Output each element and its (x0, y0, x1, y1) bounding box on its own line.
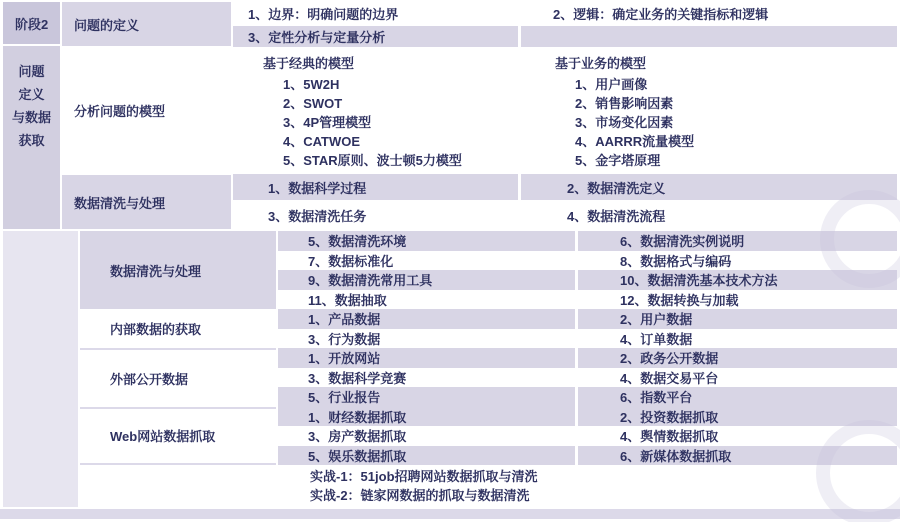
top-section: 阶段2 问题 定义 与数据 获取 问题的定义 分析问题的模型 数据清洗与处理 1… (0, 0, 900, 229)
practice-line: 实战-2：链家网数据的抓取与数据清洗 (310, 486, 900, 505)
outline-item: 3、数据清洗任务 (233, 202, 518, 228)
top-content: 1、边界：明确问题的边界 2、逻辑：确定业务的关键指标和逻辑 3、定性分析与定量… (233, 2, 900, 229)
outline-row: 7、数据标准化 8、数据格式与编码 (276, 251, 900, 271)
phase-line: 获取 (3, 129, 60, 152)
outline-item: 1、边界：明确问题的边界 (233, 2, 518, 24)
outline-item: 7、数据标准化 (278, 251, 575, 271)
category-column-top: 问题的定义 分析问题的模型 数据清洗与处理 (62, 2, 231, 229)
outline-item: 1、产品数据 (278, 309, 575, 329)
stage-rail: 阶段2 问题 定义 与数据 获取 (3, 2, 60, 229)
outline-row: 1、开放网站 2、政务公开数据 (276, 348, 900, 368)
outline-item: 3、行为数据 (278, 329, 575, 349)
outline-item: 4、舆情数据抓取 (578, 426, 897, 446)
model-list-item: 1、5W2H (263, 75, 518, 94)
stage-badge: 阶段2 (3, 2, 60, 44)
phase-line: 问题 (3, 60, 60, 83)
outline-item: 5、行业报告 (278, 387, 575, 407)
category-data-cleaning-top: 数据清洗与处理 (62, 175, 231, 229)
category-internal-data: 内部数据的获取 (80, 309, 276, 348)
outline-row: 3、房产数据抓取 4、舆情数据抓取 (276, 426, 900, 446)
category-label: 内部数据的获取 (110, 319, 201, 338)
outline-item: 9、数据清洗常用工具 (278, 270, 575, 290)
outline-item: 1、数据科学过程 (233, 174, 518, 200)
section-external-data: 外部公开数据 1、开放网站 2、政务公开数据 3、数据科学竞赛 4、数据交易平台… (80, 348, 900, 407)
model-list-item: 2、销售影响因素 (555, 94, 897, 113)
outline-item: 2、投资数据抓取 (578, 407, 897, 427)
model-list-item: 1、用户画像 (555, 75, 897, 94)
outline-row: 1、数据科学过程 2、数据清洗定义 (233, 174, 900, 200)
outline-item: 5、数据清洗环境 (278, 231, 575, 251)
model-list-header: 基于经典的模型 (263, 53, 518, 75)
outline-item: 3、房产数据抓取 (278, 426, 575, 446)
practice-block: 实战-1：51job招聘网站数据抓取与清洗 实战-2：链家网数据的抓取与数据清洗 (80, 465, 900, 507)
section-rows: 5、数据清洗环境 6、数据清洗实例说明 7、数据标准化 8、数据格式与编码 9、… (276, 231, 900, 309)
category-problem-definition: 问题的定义 (62, 2, 231, 46)
category-analysis-models: 分析问题的模型 (62, 48, 231, 173)
model-list-item: 5、金字塔原理 (555, 151, 897, 170)
section-data-cleaning: 数据清洗与处理 5、数据清洗环境 6、数据清洗实例说明 7、数据标准化 8、数据… (80, 231, 900, 309)
category-label: 数据清洗与处理 (110, 261, 201, 280)
phase-line: 定义 (3, 83, 60, 106)
outline-row: 1、边界：明确问题的边界 2、逻辑：确定业务的关键指标和逻辑 (233, 2, 900, 24)
outline-row: 3、行为数据 4、订单数据 (276, 329, 900, 349)
left-rail (3, 231, 78, 507)
section-rows: 1、财经数据抓取 2、投资数据抓取 3、房产数据抓取 4、舆情数据抓取 5、娱乐… (276, 407, 900, 466)
outline-item: 4、数据交易平台 (578, 368, 897, 388)
category-web-scraping: Web网站数据抓取 (80, 407, 276, 466)
phase-line: 与数据 (3, 106, 60, 129)
category-data-cleaning: 数据清洗与处理 (80, 231, 276, 309)
bottom-section: 数据清洗与处理 5、数据清洗环境 6、数据清洗实例说明 7、数据标准化 8、数据… (0, 231, 900, 507)
category-label: 分析问题的模型 (74, 101, 165, 120)
model-list-header: 基于业务的模型 (555, 53, 897, 75)
outline-item: 5、娱乐数据抓取 (278, 446, 575, 466)
category-label: 问题的定义 (74, 15, 139, 34)
business-model-list: 基于业务的模型 1、用户画像 2、销售影响因素 3、市场变化因素 4、AARRR… (521, 49, 897, 172)
practice-line: 实战-1：51job招聘网站数据抓取与清洗 (310, 467, 900, 486)
outline-item: 4、数据清洗流程 (521, 202, 897, 228)
category-external-data: 外部公开数据 (80, 348, 276, 407)
outline-item: 10、数据清洗基本技术方法 (578, 270, 897, 290)
outline-row: 3、数据科学竞赛 4、数据交易平台 (276, 368, 900, 388)
outline-item: 3、定性分析与定量分析 (233, 26, 518, 47)
model-list-item: 5、STAR原则、波士顿5力模型 (263, 151, 518, 170)
classic-model-list: 基于经典的模型 1、5W2H 2、SWOT 3、4P管理模型 4、CATWOE … (233, 49, 518, 172)
section-rows: 1、产品数据 2、用户数据 3、行为数据 4、订单数据 (276, 309, 900, 348)
model-list-item: 4、CATWOE (263, 132, 518, 151)
section-web-scraping: Web网站数据抓取 1、财经数据抓取 2、投资数据抓取 3、房产数据抓取 4、舆… (80, 407, 900, 466)
outline-row: 5、娱乐数据抓取 6、新媒体数据抓取 (276, 446, 900, 466)
outline-item: 6、新媒体数据抓取 (578, 446, 897, 466)
model-list-item: 4、AARRR流量模型 (555, 132, 897, 151)
outline-row: 1、产品数据 2、用户数据 (276, 309, 900, 329)
phase-vertical-label: 问题 定义 与数据 获取 (3, 46, 60, 229)
category-label: 数据清洗与处理 (74, 193, 165, 212)
outline-item: 1、开放网站 (278, 348, 575, 368)
outline-row: 11、数据抽取 12、数据转换与加载 (276, 290, 900, 310)
outline-item-empty (521, 26, 897, 47)
outline-row: 1、财经数据抓取 2、投资数据抓取 (276, 407, 900, 427)
bottom-content: 数据清洗与处理 5、数据清洗环境 6、数据清洗实例说明 7、数据标准化 8、数据… (80, 231, 900, 507)
outline-slide: 阶段2 问题 定义 与数据 获取 问题的定义 分析问题的模型 数据清洗与处理 1… (0, 0, 900, 522)
outline-row: 9、数据清洗常用工具 10、数据清洗基本技术方法 (276, 270, 900, 290)
outline-item: 2、用户数据 (578, 309, 897, 329)
model-list-item: 3、4P管理模型 (263, 113, 518, 132)
stage-label: 阶段2 (15, 14, 48, 33)
outline-item: 6、指数平台 (578, 387, 897, 407)
outline-item: 2、政务公开数据 (578, 348, 897, 368)
outline-item: 1、财经数据抓取 (278, 407, 575, 427)
category-label: 外部公开数据 (110, 369, 188, 388)
model-lists: 基于经典的模型 1、5W2H 2、SWOT 3、4P管理模型 4、CATWOE … (233, 49, 900, 172)
outline-item: 11、数据抽取 (278, 290, 575, 310)
outline-item: 12、数据转换与加载 (578, 290, 897, 310)
outline-item: 8、数据格式与编码 (578, 251, 897, 271)
outline-row: 5、数据清洗环境 6、数据清洗实例说明 (276, 231, 900, 251)
section-internal-data: 内部数据的获取 1、产品数据 2、用户数据 3、行为数据 4、订单数据 (80, 309, 900, 348)
outline-row: 3、数据清洗任务 4、数据清洗流程 (233, 202, 900, 228)
outline-item: 2、逻辑：确定业务的关键指标和逻辑 (521, 2, 897, 24)
outline-item: 2、数据清洗定义 (521, 174, 897, 200)
model-list-item: 2、SWOT (263, 94, 518, 113)
outline-item: 3、数据科学竞赛 (278, 368, 575, 388)
outline-row: 3、定性分析与定量分析 (233, 26, 900, 47)
outline-item: 6、数据清洗实例说明 (578, 231, 897, 251)
outline-row: 5、行业报告 6、指数平台 (276, 387, 900, 407)
section-rows: 1、开放网站 2、政务公开数据 3、数据科学竞赛 4、数据交易平台 5、行业报告… (276, 348, 900, 407)
category-label: Web网站数据抓取 (110, 426, 215, 445)
model-list-item: 3、市场变化因素 (555, 113, 897, 132)
outline-item: 4、订单数据 (578, 329, 897, 349)
bottom-strip (0, 509, 900, 519)
